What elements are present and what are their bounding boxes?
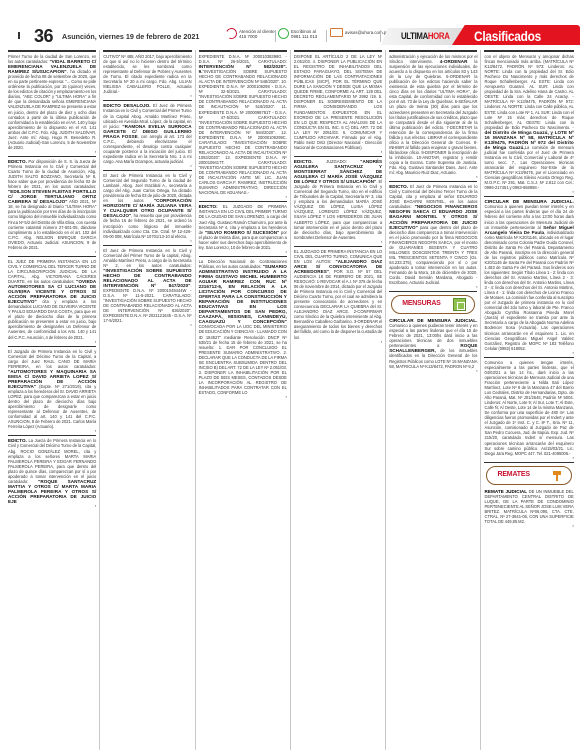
classified-ad: EDICTO. La Jueza de Primera Instancia en… <box>8 438 96 510</box>
ad-body-text: El Juez de Primera Instancia en lo Civil… <box>103 248 191 268</box>
ad-body-text: , individualizado como Matrícula Nº K20/… <box>484 230 573 351</box>
brand-part-1: ULTIMA <box>401 31 428 42</box>
remates-section-banner: REMATES <box>486 466 571 485</box>
ad-case-title: "SUMARIO ADMINISTRATIVO INSTRUIDO A LA F… <box>199 264 287 325</box>
column-top-rule <box>103 50 191 52</box>
contact-value: 0981 111 013 <box>291 34 317 39</box>
ad-end-mark: ▪ <box>103 239 191 244</box>
column-top-rule <box>294 50 382 52</box>
section-title: Clasificados <box>474 28 541 44</box>
page-top-margin <box>0 0 580 25</box>
ad-body-text: . El Juzgado de Primera Instancia en lo … <box>294 179 382 240</box>
ad-end-mark: ▪ <box>294 240 382 245</box>
ad-end-mark: ▪ <box>199 250 287 255</box>
divider <box>275 30 276 42</box>
ad-body-text: El Juzgado de Primera Instancia en lo Ci… <box>8 349 96 369</box>
ad-end-mark: ▪ <box>103 323 191 328</box>
ad-end-mark: ▪ <box>389 285 477 290</box>
ad-body-text: para que dentro del plazo de dieciocho d… <box>389 225 477 286</box>
contact-value: 415 7000 <box>239 34 257 39</box>
whatsapp-contact: Escribinos al0981 111 013 <box>278 28 317 39</box>
column-3: EXPEDIENTE D.N.A. Nº 20001038399G - D.S.… <box>196 50 291 750</box>
ad-body-text: . EXPEDIENTE D.N.A. Nº 20001049444W - D.… <box>103 283 191 323</box>
ad-body-text: , con arreglo al art. 173 del C.P.C., de… <box>103 134 191 164</box>
ad-body-text: , POR S.D. Nº 57 DEL AUDIENCIA 18 DE FEB… <box>294 269 382 340</box>
phone-icon <box>224 26 238 40</box>
ad-end-mark: ▪ <box>8 504 96 509</box>
ad-body-text: la suspensión de las ejecuciones individ… <box>389 59 477 175</box>
classified-ad: Primer Turno de la ciudad de San Lorenzo… <box>8 54 96 157</box>
column-5: administración y ejecución de los mismos… <box>386 50 481 750</box>
classified-ad: CIRCULAR DE MENSURA JUDICIAL. Comunico a… <box>389 318 477 375</box>
classified-ad: EL JUEZ DE PRIMERA INSTANCIA EN LO CIVIL… <box>8 259 96 347</box>
classified-ad: La Dirección Nacional de Contrataciones … <box>199 259 287 401</box>
banner-label: MENSURAS <box>402 300 440 307</box>
column-2: CUTIVO" Nº 488, AÑO 2017, bajo apercibim… <box>100 50 195 750</box>
column-top-rule <box>484 50 573 52</box>
classified-ad: El Juez de Primera Instancia en lo Civil… <box>103 248 191 330</box>
brand-part-2: HORA <box>428 31 450 42</box>
ad-body-text: CONVOCADA POR LA UOC DEL MINISTERIO DE E… <box>199 324 287 395</box>
map-icon <box>453 298 466 311</box>
ad-body-text: CUTIVO" Nº 488, AÑO 2017, bajo apercibim… <box>103 54 191 94</box>
ad-body-text: DISPONE EL ARTÍCULO 2 DE LA LEY Nº 2.051… <box>294 54 382 150</box>
classified-ad: administración y ejecución de los mismos… <box>389 54 477 182</box>
classified-ad: El Juez de Primera Instancia en lo Civil… <box>103 173 191 246</box>
ad-body-text: (Expte. Nº 271/2019), cita y emplaza a l… <box>8 384 96 429</box>
classified-ad: CUTIVO" Nº 488, AÑO 2017, bajo apercibim… <box>103 54 191 101</box>
ad-end-mark: ▪ <box>8 340 96 345</box>
mensuras-section-banner: MENSURAS <box>391 295 475 314</box>
classified-ad: Comunico a quienes tengan interés, espec… <box>484 360 573 463</box>
ad-end-mark: ▪ <box>484 351 573 356</box>
column-1: Primer Turno de la ciudad de San Lorenzo… <box>5 50 100 750</box>
classified-ad: EDICTO DESALOJO. El Juez de Primera Inst… <box>103 103 191 171</box>
page-header: 36 Asunción, viernes 19 de febrero de 20… <box>0 25 580 47</box>
brand-logo: ULTIMAHORA <box>401 31 450 42</box>
ad-end-mark: ▪ <box>103 94 191 99</box>
customer-service-contact: Atención al cliente:415 7000 <box>226 28 276 39</box>
header-tick-mark <box>18 32 20 39</box>
ad-end-mark: ▪ <box>484 190 573 195</box>
ad-end-mark: ▪ <box>294 150 382 155</box>
column-6: con el objeto de Mensurar y amojonar dic… <box>481 50 576 750</box>
divider <box>380 30 381 42</box>
classified-ad: CIRCULAR DE MENSURA JUDICIAL. Comunico a… <box>484 199 573 357</box>
classified-ad: EDICTO. El Juez de Primera Instancia en … <box>389 184 477 292</box>
ad-body-text: AÑO 2021, Nº 18, se ha designado al Diar… <box>8 199 96 249</box>
publication-date: Asunción, viernes 19 de febrero de 2021 <box>62 32 199 41</box>
contact-value: avisos@uhora.com.py <box>345 30 389 35</box>
classified-ad: REMATE JUDICIAL DE UN INMUEBLE DEL DEPAR… <box>484 489 573 530</box>
column-top-rule <box>199 50 287 52</box>
ad-end-mark: ▪ <box>199 395 287 400</box>
ad-body-text: La comisión de mensura judicial fue conf… <box>484 145 573 190</box>
classified-ad: EXPEDIENTE D.N.A. Nº 20001038399G - D.S.… <box>199 54 287 202</box>
ad-body-text: "INVESTIGACIÓN SOBRE SUPUESTO HECHO DE C… <box>199 69 287 195</box>
column-top-rule <box>8 50 96 52</box>
ad-body-text: cita y emplaza a los demandados LUCIANO … <box>8 299 96 339</box>
ad-end-mark: ▪ <box>8 250 96 255</box>
gavel-icon <box>550 469 563 482</box>
ad-body-text: Por disposición de S. S. la Jueza de Pri… <box>8 159 96 189</box>
column-top-rule <box>389 50 477 52</box>
classified-ad: EL JUZGADO DE PRIMERA INSTANCIA EN LO CI… <box>294 249 382 346</box>
ad-end-mark: ▪ <box>389 369 477 374</box>
ad-end-mark: ▪ <box>199 195 287 200</box>
classified-ad: EDICTO. Por disposición de S. S. la Juez… <box>8 159 96 257</box>
classified-ad: EDICTO. JUZGADO: "ANDRÉS AGUILERA SANTAC… <box>294 159 382 247</box>
ad-body-text: con el objeto de Mensurar y amojonar dic… <box>484 54 573 130</box>
ad-end-mark: ▪ <box>484 524 573 529</box>
classified-ad: El Juzgado de Primera Instancia en lo Ci… <box>8 349 96 437</box>
column-4: DISPONE EL ARTÍCULO 2 DE LA LEY Nº 2.051… <box>291 50 386 750</box>
classified-ad: con el objeto de Mensurar y amojonar dic… <box>484 54 573 197</box>
page-number: 36 <box>34 26 53 47</box>
classified-ad: DISPONE EL ARTÍCULO 2 DE LA LEY Nº 2.051… <box>294 54 382 157</box>
ad-end-mark: ▪ <box>294 340 382 345</box>
ad-body-text: DE UN INMUEBLE DEL DEPARTAMENTO CENTRAL … <box>484 489 573 524</box>
mail-icon <box>330 28 343 37</box>
ad-end-mark: ▪ <box>484 456 573 461</box>
ad-end-mark: ▪ <box>389 175 477 180</box>
ad-body-text: EXPEDIENTE D.N.A. Nº 20001038399G - D.S.… <box>199 54 287 64</box>
ad-body-text: , ha dictado el proveído de fecha 08 de … <box>8 69 96 150</box>
classifieds-columns: Primer Turno de la ciudad de San Lorenzo… <box>5 50 577 750</box>
ad-case-title: "INVESTIGACIÓN SOBRE SUPUESTO HECHO DE C… <box>103 268 191 288</box>
ad-end-mark: ▪ <box>103 164 191 169</box>
classified-ad: EDICTO: EL JUZGADO DE PRIMERA INSTANCIA … <box>199 204 287 256</box>
ad-body-text: La Jueza de Primera Instancia en lo Civi… <box>8 438 96 483</box>
ad-body-text: Comunico a quienes tengan interés, espec… <box>484 360 573 456</box>
ad-end-mark: ▪ <box>8 150 96 155</box>
divider <box>326 30 327 42</box>
ad-end-mark: ▪ <box>8 429 96 434</box>
banner-label: REMATES <box>497 471 529 478</box>
whatsapp-icon <box>278 28 289 39</box>
